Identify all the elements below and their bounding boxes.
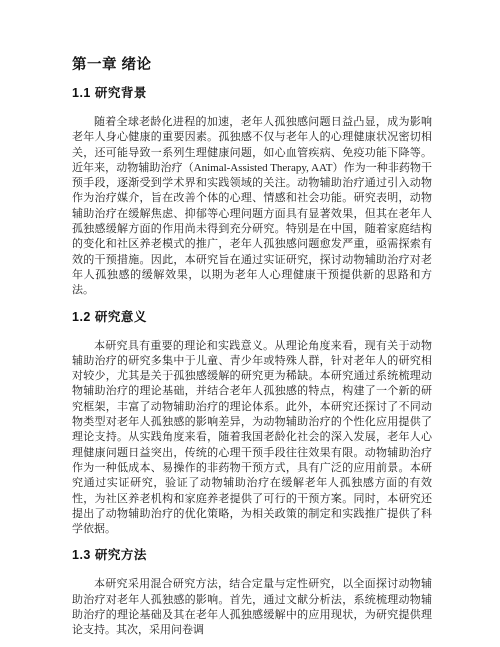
section-research-background: 1.1 研究背景 随着全球老龄化进程的加速，老年人孤独感问题日益凸显，成为影响老… [72,85,432,299]
section-research-significance: 1.2 研究意义 本研究具有重要的理论和实践意义。从理论角度来看，现有关于动物辅… [72,309,432,538]
paragraph-research-methods: 本研究采用混合研究方法，结合定量与定性研究，以全面探讨动物辅助治疗对老年人孤独感… [72,577,432,638]
chapter-title: 第一章 绪论 [72,55,432,75]
document-page: 第一章 绪论 1.1 研究背景 随着全球老龄化进程的加速，老年人孤独感问题日益凸… [0,0,500,647]
section-heading-research-background: 1.1 研究背景 [72,85,432,101]
section-heading-research-significance: 1.2 研究意义 [72,309,432,325]
section-heading-research-methods: 1.3 研究方法 [72,547,432,563]
paragraph-research-significance: 本研究具有重要的理论和实践意义。从理论角度来看，现有关于动物辅助治疗的研究多集中… [72,339,432,538]
section-research-methods: 1.3 研究方法 本研究采用混合研究方法，结合定量与定性研究，以全面探讨动物辅助… [72,547,432,638]
paragraph-research-background: 随着全球老龄化进程的加速，老年人孤独感问题日益凸显，成为影响老年人身心健康的重要… [72,115,432,299]
